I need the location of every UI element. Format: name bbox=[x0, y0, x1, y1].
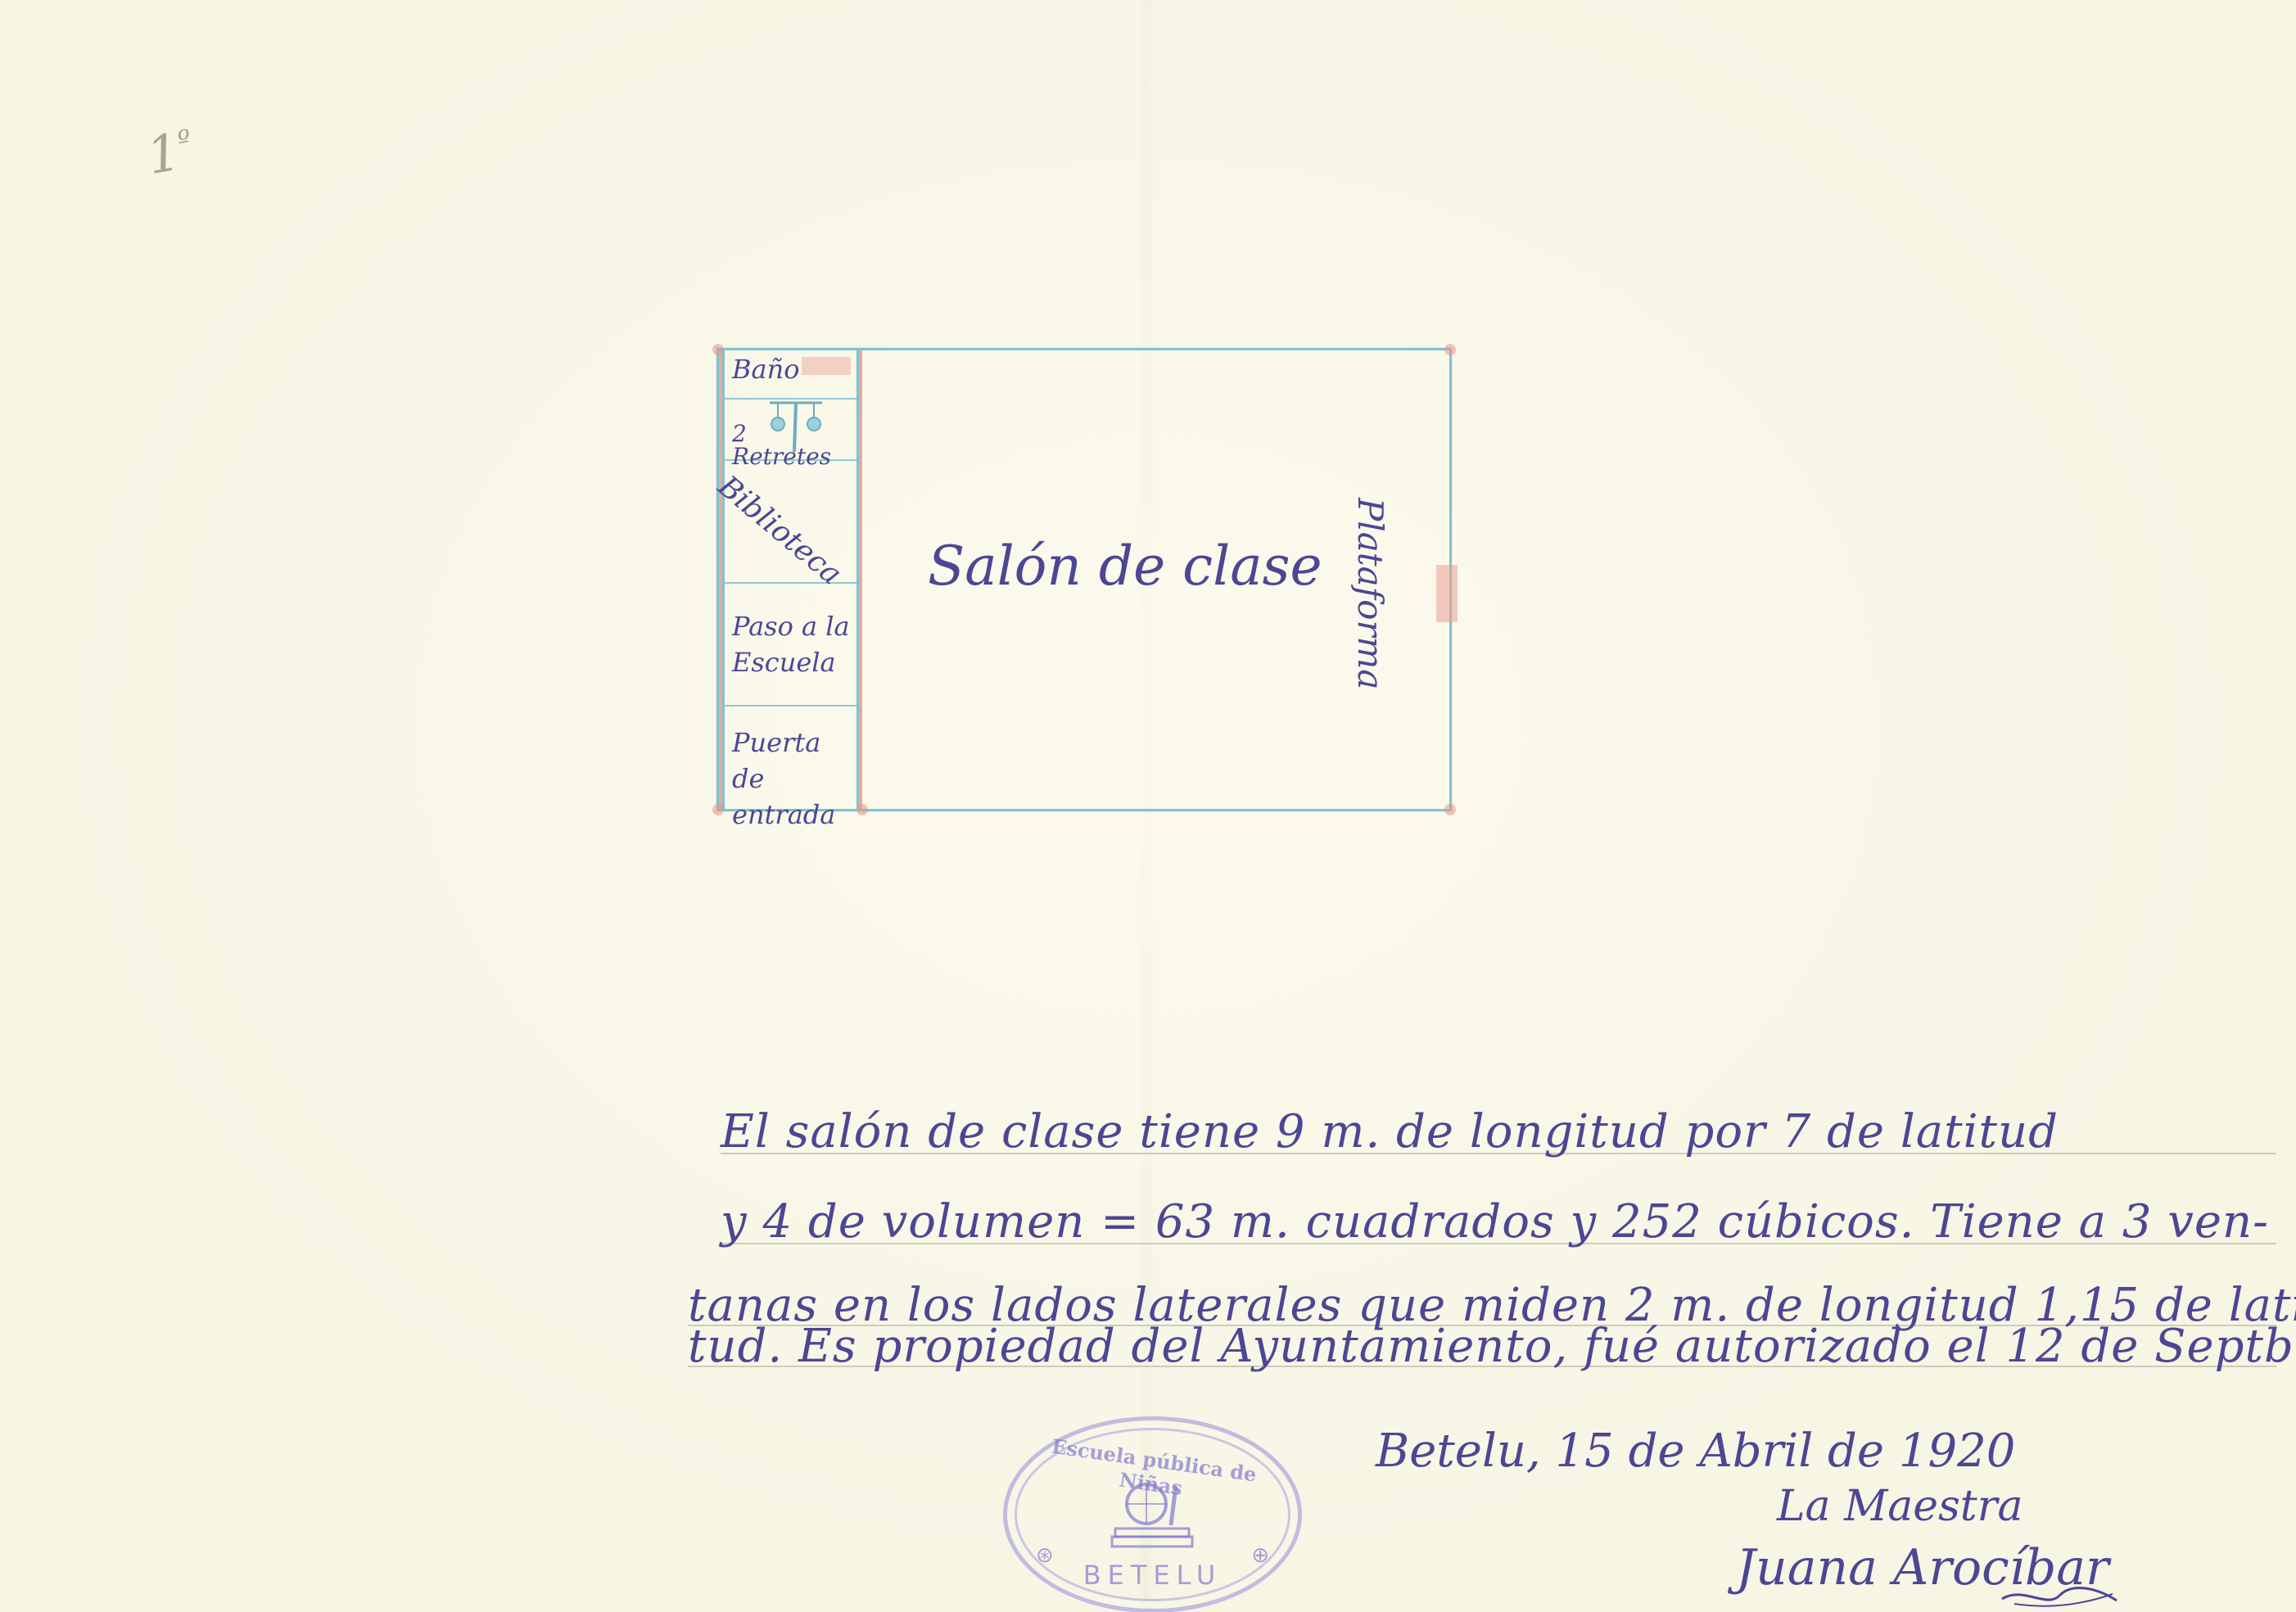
room-bath-label: Baño bbox=[732, 354, 799, 385]
room-library: Biblioteca bbox=[724, 461, 857, 584]
corner-mark bbox=[856, 804, 868, 815]
stamp-bottom-text: BETELU bbox=[1007, 1560, 1298, 1591]
main-room-label: Salón de clase bbox=[928, 535, 1322, 598]
bath-marker bbox=[802, 357, 851, 375]
platform-label: Plataforma bbox=[1350, 498, 1390, 689]
globe-books-emblem-icon bbox=[1105, 1478, 1200, 1551]
signature-flourish bbox=[1998, 1584, 2121, 1609]
room-passage: Paso a la Escuela bbox=[724, 584, 857, 707]
official-stamp: Escuela pública de Niñas ⊛ ⊕ BETELU bbox=[1003, 1416, 1302, 1612]
room-entrance-label: Puerta de entrada bbox=[732, 725, 855, 833]
room-library-label: Biblioteca bbox=[712, 471, 847, 591]
toilets-icon bbox=[763, 398, 829, 455]
place-date: Betelu, 15 de Abril de 1920 bbox=[1376, 1425, 2015, 1478]
floor-plan: Baño 2 Retretes Biblioteca Paso a la Esc… bbox=[716, 348, 1452, 811]
corner-mark bbox=[1444, 344, 1456, 355]
description-line-4: tud. Es propiedad del Ayuntamiento, fué … bbox=[688, 1320, 2296, 1373]
description-line-1: El salón de clase tiene 9 m. de longitud… bbox=[721, 1105, 2059, 1158]
platform-marker bbox=[1436, 565, 1458, 622]
room-passage-label: Paso a la Escuela bbox=[732, 608, 855, 680]
corner-mark bbox=[712, 804, 724, 815]
signer-role: La Maestra bbox=[1777, 1482, 2023, 1531]
room-bath: Baño bbox=[724, 350, 857, 400]
side-rooms-strip: Baño 2 Retretes Biblioteca Paso a la Esc… bbox=[719, 350, 862, 809]
corner-mark bbox=[1444, 804, 1456, 815]
description-line-2: y 4 de volumen = 63 m. cuadrados y 252 c… bbox=[721, 1195, 2269, 1249]
corner-mark bbox=[712, 344, 724, 355]
room-entrance: Puerta de entrada bbox=[724, 707, 857, 809]
